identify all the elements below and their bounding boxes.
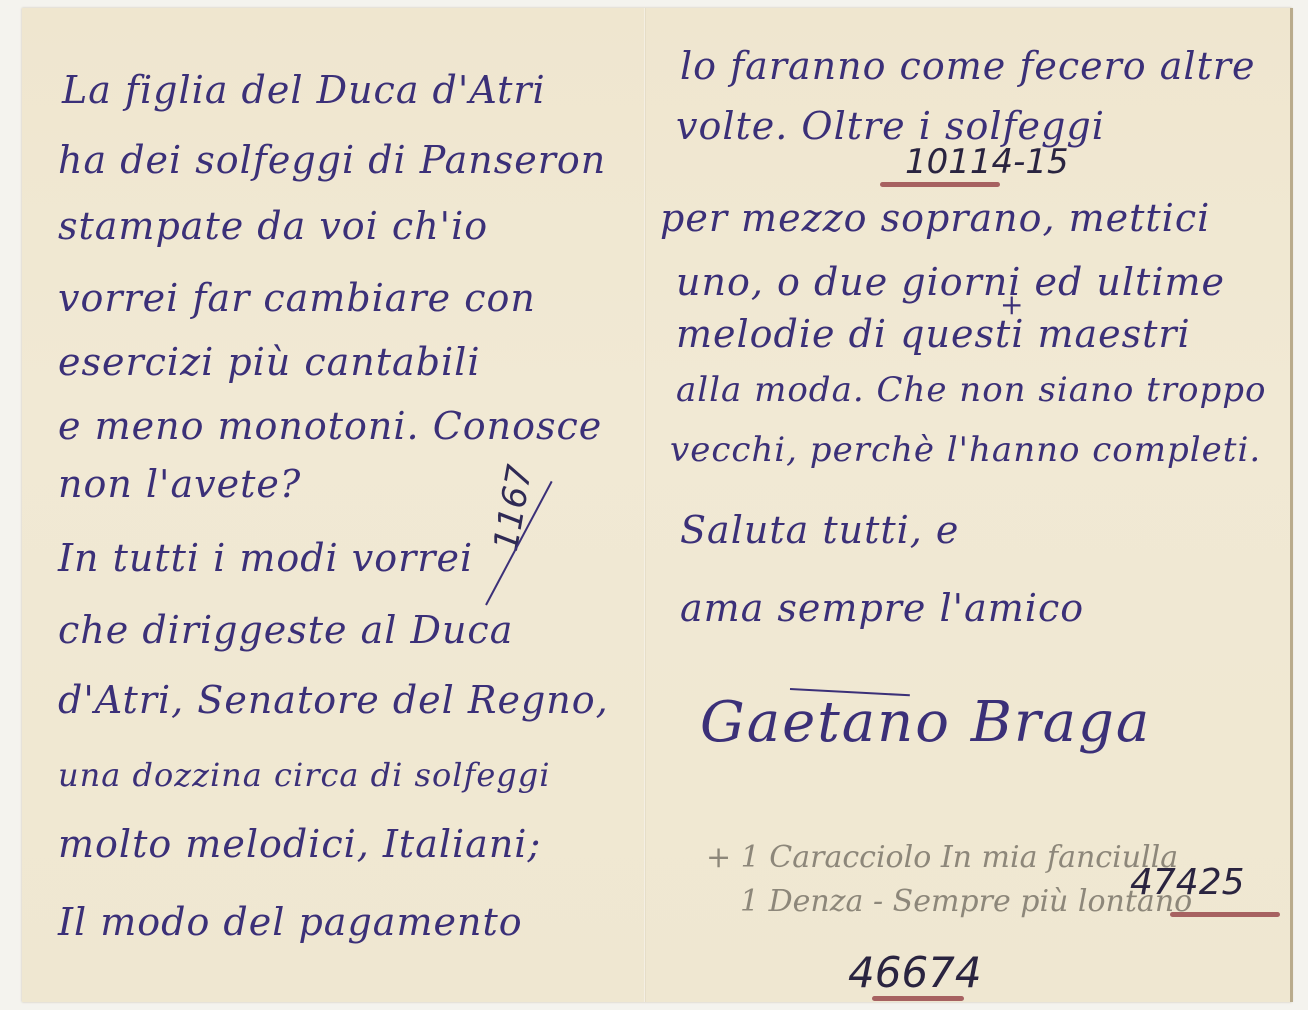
letter-line: vecchi, perchè l'hanno completi.	[670, 430, 1261, 470]
letter-line: Il modo del pagamento	[58, 900, 523, 944]
letter-line: d'Atri, Senatore del Regno,	[58, 678, 609, 722]
letter-line: stampate da voi ch'io	[58, 204, 488, 248]
letter-line: La figlia del Duca d'Atri	[62, 68, 546, 112]
letter-line: uno, o due giorni ed ultime	[676, 260, 1225, 304]
red-underline	[1170, 912, 1280, 917]
catalog-number-right: 47425	[1130, 862, 1245, 903]
pencil-note: + 1 Caracciolo In mia fanciulla	[706, 840, 1178, 875]
letter-line: lo faranno come fecero altre	[680, 44, 1256, 88]
letter-line: una dozzina circa di solfeggi	[58, 756, 550, 794]
letter-line: melodie di questi maestri	[676, 312, 1191, 356]
signature: Gaetano Braga	[700, 690, 1151, 755]
letter-line: e meno monotoni. Conosce	[58, 404, 602, 448]
catalog-number-bottom: 46674	[848, 948, 982, 997]
red-underline	[872, 996, 964, 1001]
letter-line: per mezzo soprano, mettici	[660, 196, 1210, 240]
paper-edge	[1290, 8, 1293, 1002]
letter-line: alla moda. Che non siano troppo	[676, 370, 1267, 410]
letter-line: esercizi più cantabili	[58, 340, 480, 384]
catalog-number-top: 10114-15	[905, 142, 1069, 182]
letter-line: ha dei solfeggi di Panseron	[58, 138, 606, 182]
letter-line: non l'avete?	[58, 462, 301, 506]
red-underline	[880, 182, 1000, 187]
letter-line: molto melodici, Italiani;	[58, 822, 541, 866]
letter-line: Saluta tutti, e	[680, 508, 959, 552]
letter-line: che diriggeste al Duca	[58, 608, 513, 652]
letter-line: In tutti i modi vorrei	[58, 536, 473, 580]
pencil-note: 1 Denza - Sempre più lontano	[740, 884, 1192, 919]
letter-line: ama sempre l'amico	[680, 586, 1084, 630]
letter-line: vorrei far cambiare con	[58, 276, 536, 320]
page-fold	[644, 8, 646, 1002]
